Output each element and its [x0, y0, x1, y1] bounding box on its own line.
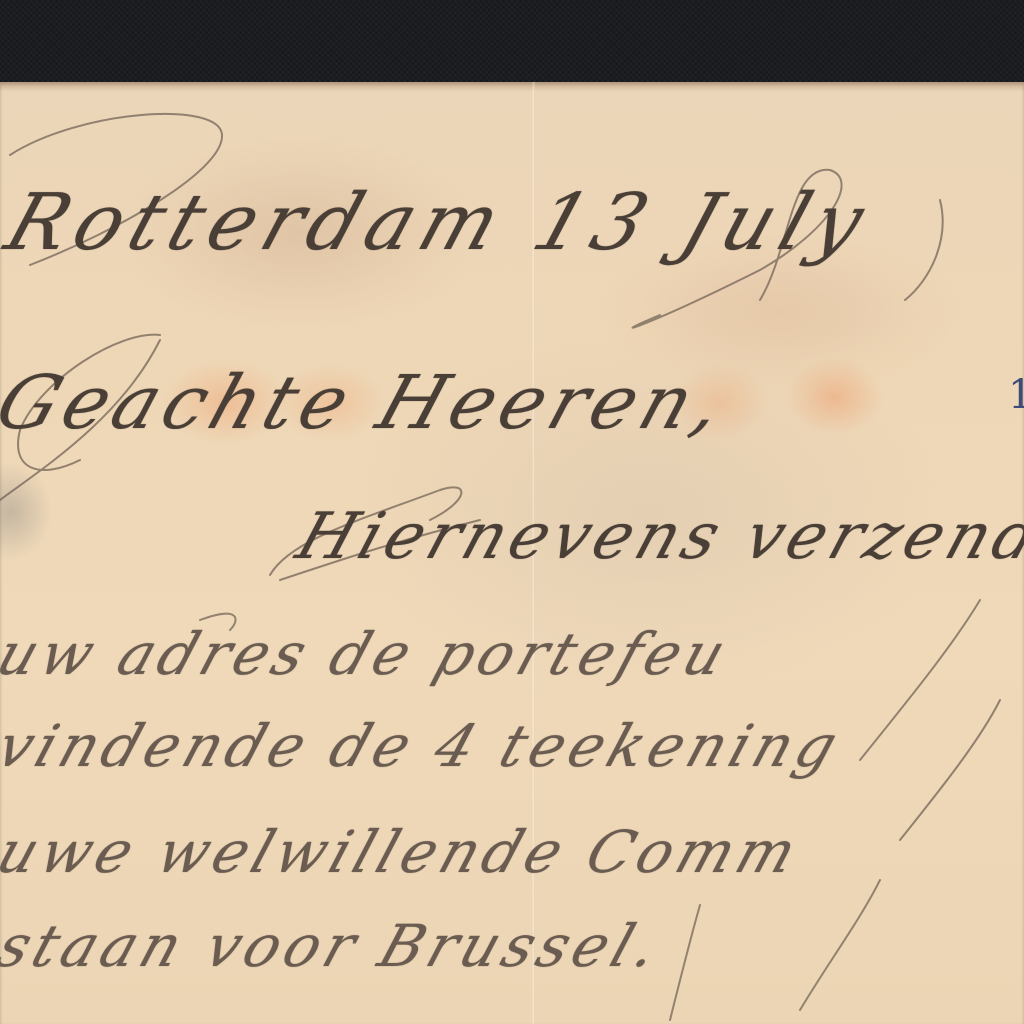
letter-body-line-3: vindende de 4 teekening — [0, 712, 850, 780]
paper-top-edge — [0, 82, 1024, 92]
letter-salutation: Geachte Heeren, — [0, 360, 740, 446]
letter-body-line-1: Hiernevens verzend — [288, 500, 1024, 574]
letter-body-line-2: uw adres de portefeu — [0, 620, 739, 688]
margin-annotation: 1 — [1008, 372, 1024, 418]
letter-dateline: Rotterdam 13 July — [0, 178, 882, 268]
letter-body-line-5: staan voor Brussel. — [0, 912, 671, 980]
letter-body-line-4: uwe welwillende Comm — [0, 818, 809, 886]
photo-scene: Rotterdam 13 July Geachte Heeren, Hierne… — [0, 0, 1024, 1024]
